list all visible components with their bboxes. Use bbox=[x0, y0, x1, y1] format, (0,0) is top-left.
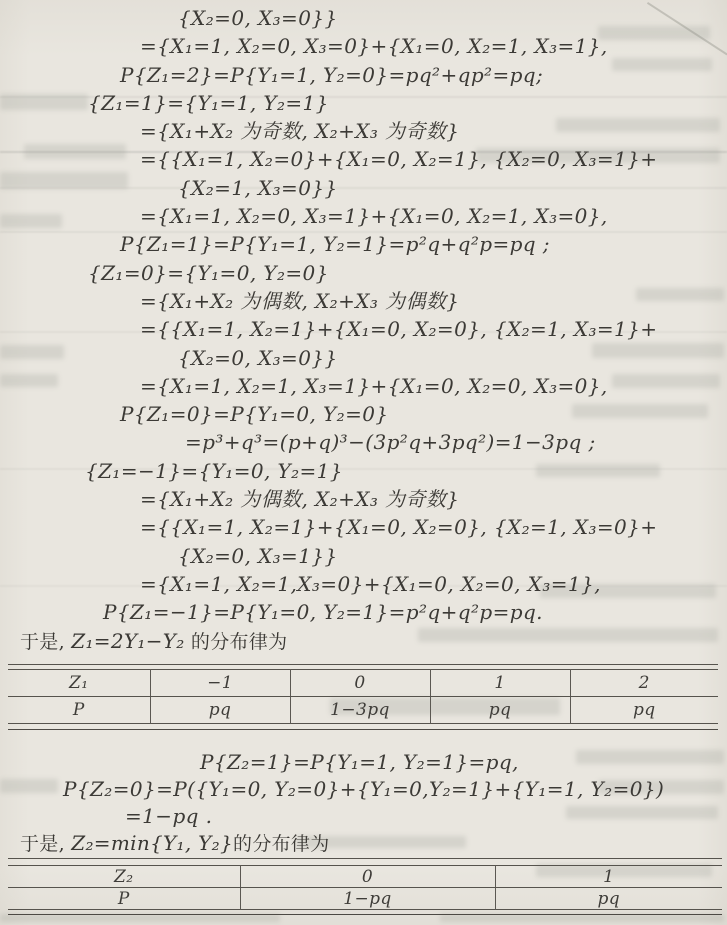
summary-math: Z₁=2Y₁−Y₂ bbox=[71, 629, 184, 653]
z1-derivation-block: {X₂=0, X₃=0}} ={X₁=1, X₂=0, X₃=0}+{X₁=0,… bbox=[0, 4, 727, 655]
formula-line: {X₂=0, X₃=0}} bbox=[178, 344, 727, 372]
bleed-through-smudge bbox=[440, 914, 724, 922]
summary-prefix: 于是, bbox=[20, 833, 71, 855]
z2-derivation-block: P{Z₂=1}=P{Y₁=1, Y₂=1}=pq, P{Z₂=0}=P({Y₁=… bbox=[0, 749, 727, 857]
formula-line: =p³+q³=(p+q)³−(3p²q+3pq²)=1−3pq ; bbox=[185, 428, 727, 456]
formula-line: ={X₁=1, X₂=0, X₃=1}+{X₁=0, X₂=1, X₃=0}, bbox=[140, 202, 727, 230]
formula-line: ={X₁+X₂ 为偶数, X₂+X₃ 为偶数} bbox=[140, 287, 727, 315]
formula-line: ={{X₁=1, X₂=1}+{X₁=0, X₂=0}, {X₂=1, X₃=0… bbox=[140, 513, 727, 541]
formula-line: ={X₁=1, X₂=0, X₃=0}+{X₁=0, X₂=1, X₃=1}, bbox=[140, 32, 727, 60]
table-cell: P bbox=[8, 697, 150, 724]
formula-line: P{Z₁=−1}=P{Y₁=0, Y₂=1}=p²q+q²p=pq. bbox=[103, 598, 727, 626]
table-cell: −1 bbox=[150, 670, 290, 697]
formula-line: ={X₁=1, X₂=1, X₃=1}+{X₁=0, X₂=0, X₃=0}, bbox=[140, 372, 727, 400]
table-cell: 1 bbox=[495, 866, 722, 888]
formula-line: P{Z₁=2}=P{Y₁=1, Y₂=0}=pq²+qp²=pq; bbox=[120, 61, 727, 89]
bleed-through-smudge bbox=[0, 914, 280, 922]
formula-line: P{Z₂=1}=P{Y₁=1, Y₂=1}=pq, bbox=[200, 749, 727, 776]
table-row-variable: Z₁ −1 0 1 2 bbox=[8, 670, 718, 697]
table-row-variable: Z₂ 0 1 bbox=[8, 866, 722, 888]
formula-line: ={X₁+X₂ 为奇数, X₂+X₃ 为奇数} bbox=[140, 117, 727, 145]
table-cell: 0 bbox=[240, 866, 495, 888]
formula-line: {Z₁=−1}={Y₁=0, Y₂=1} bbox=[85, 457, 727, 485]
z2-summary-sentence: 于是, Z₂=min{Y₁, Y₂}的分布律为 bbox=[20, 830, 727, 857]
summary-suffix: 的分布律为 bbox=[185, 631, 288, 653]
formula-line: P{Z₁=1}=P{Y₁=1, Y₂=1}=p²q+q²p=pq ; bbox=[120, 230, 727, 258]
formula-line: ={{X₁=1, X₂=0}+{X₁=0, X₂=1}, {X₂=0, X₃=1… bbox=[140, 145, 727, 173]
table-row-probability: P pq 1−3pq pq pq bbox=[8, 697, 718, 724]
formula-line: ={X₁=1, X₂=1,X₃=0}+{X₁=0, X₂=0, X₃=1}, bbox=[140, 570, 727, 598]
table-cell: 0 bbox=[290, 670, 430, 697]
table-cell: pq bbox=[430, 697, 570, 724]
table-cell: Z₂ bbox=[8, 866, 240, 888]
formula-line: {X₂=0, X₃=1}} bbox=[178, 542, 727, 570]
formula-line: P{Z₂=0}=P({Y₁=0, Y₂=0}+{Y₁=0,Y₂=1}+{Y₁=1… bbox=[63, 776, 727, 803]
summary-math: Z₂=min{Y₁, Y₂} bbox=[71, 831, 233, 855]
summary-suffix: 的分布律为 bbox=[233, 833, 330, 855]
table-cell: P bbox=[8, 888, 240, 910]
formula-line: {Z₁=1}={Y₁=1, Y₂=1} bbox=[88, 89, 727, 117]
table-cell: 1−3pq bbox=[290, 697, 430, 724]
summary-prefix: 于是, bbox=[20, 631, 71, 653]
table-cell: 1 bbox=[430, 670, 570, 697]
formula-line: ={X₁+X₂ 为偶数, X₂+X₃ 为奇数} bbox=[140, 485, 727, 513]
formula-line: P{Z₁=0}=P{Y₁=0, Y₂=0} bbox=[120, 400, 727, 428]
scanned-textbook-page: {X₂=0, X₃=0}} ={X₁=1, X₂=0, X₃=0}+{X₁=0,… bbox=[0, 0, 727, 925]
z2-distribution-table: Z₂ 0 1 P 1−pq pq bbox=[8, 858, 722, 915]
table-cell: Z₁ bbox=[8, 670, 150, 697]
table-cell: pq bbox=[150, 697, 290, 724]
table-cell: pq bbox=[495, 888, 722, 910]
formula-line: {X₂=1, X₃=0}} bbox=[178, 174, 727, 202]
table-cell: 1−pq bbox=[240, 888, 495, 910]
formula-line: ={{X₁=1, X₂=1}+{X₁=0, X₂=0}, {X₂=1, X₃=1… bbox=[140, 315, 727, 343]
formula-line: {X₂=0, X₃=0}} bbox=[178, 4, 727, 32]
table-cell: pq bbox=[570, 697, 718, 724]
formula-line: =1−pq . bbox=[125, 803, 727, 830]
table-cell: 2 bbox=[570, 670, 718, 697]
z1-summary-sentence: 于是, Z₁=2Y₁−Y₂ 的分布律为 bbox=[20, 627, 727, 655]
formula-line: {Z₁=0}={Y₁=0, Y₂=0} bbox=[88, 259, 727, 287]
z1-distribution-table: Z₁ −1 0 1 2 P pq 1−3pq pq pq bbox=[8, 664, 718, 730]
table-row-probability: P 1−pq pq bbox=[8, 888, 722, 910]
